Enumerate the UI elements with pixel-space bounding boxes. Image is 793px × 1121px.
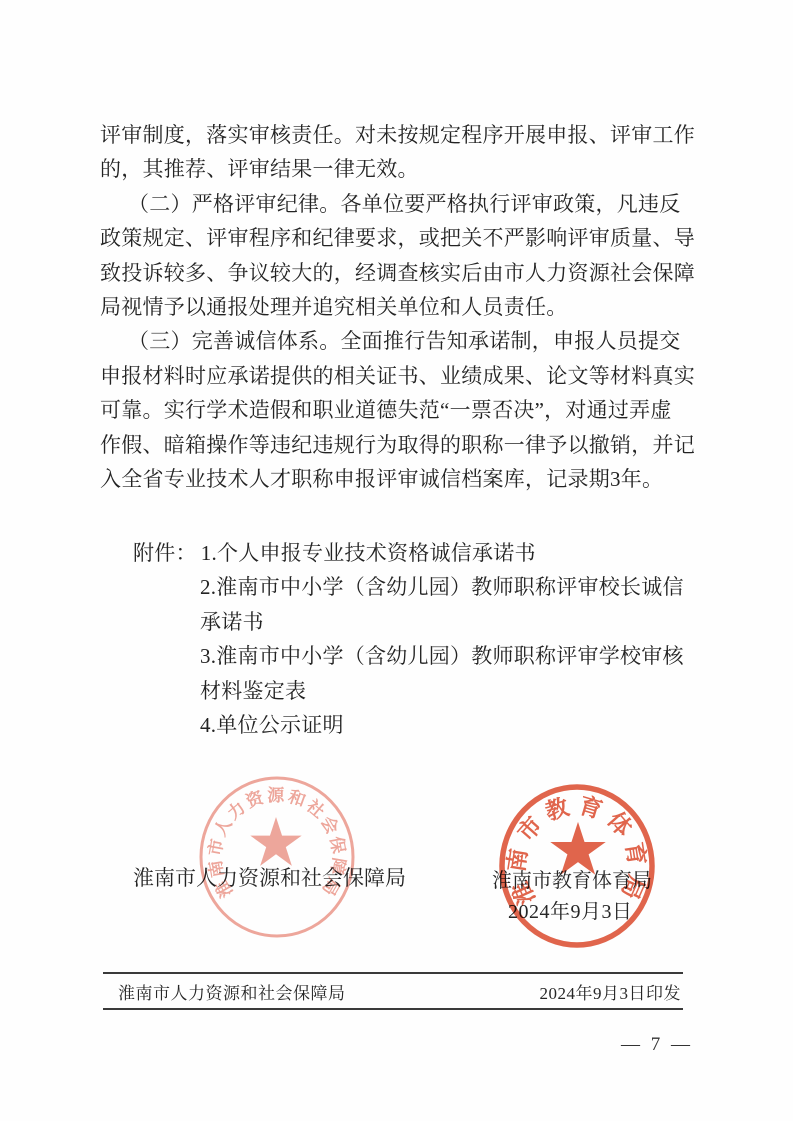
attachment-row: 附件：1.个人申报专业技术资格诚信承诺书 [0, 536, 700, 570]
body-line: 政策规定、评审程序和纪律要求，或把关不严影响评审质量、导 [100, 221, 700, 255]
body-line: 致投诉较多、争议较大的，经调查核实后由市人力资源社会保障 [100, 256, 700, 290]
attachment-row: 材料鉴定表 [0, 674, 700, 708]
attachment-row: 4.单位公示证明 [0, 708, 700, 742]
body-line: 入全省专业技术人才职称申报评审诚信档案库，记录期3年。 [100, 462, 700, 496]
attachment-row: 承诺书 [0, 605, 700, 639]
attachments-section: 附件：1.个人申报专业技术资格诚信承诺书 2.淮南市中小学（含幼儿园）教师职称评… [0, 536, 700, 742]
footer-issuer: 淮南市人力资源和社会保障局 [103, 979, 346, 1004]
attachments-label: 附件： [133, 541, 197, 565]
body-line: 作假、暗箱操作等违纪违规行为取得的职称一律予以撤销，并记 [100, 428, 700, 462]
body-line: 的，其推荐、评审结果一律无效。 [100, 152, 700, 186]
hrss-bureau-seal: 淮南市人力资源和社会保障局 [191, 771, 363, 943]
body-line: 局视情予以通报处理并追究相关单位和人员责任。 [100, 290, 700, 324]
body-line: 可靠。实行学术造假和职业道德失范“一票否决”，对通过弄虚 [100, 393, 700, 427]
page-number: — 7 — [621, 1034, 693, 1056]
signature-date: 2024年9月3日 [508, 895, 633, 924]
body-line: （三）完善诚信体系。全面推行告知承诺制，申报人员提交 [100, 324, 700, 358]
attachment-item: 1.个人申报专业技术资格诚信承诺书 [201, 541, 536, 565]
attachment-row: 2.淮南市中小学（含幼儿园）教师职称评审校长诚信 [0, 570, 700, 604]
attachment-row: 3.淮南市中小学（含幼儿园）教师职称评审学校审核 [0, 639, 700, 673]
footer-imprint: 淮南市人力资源和社会保障局 2024年9月3日印发 [103, 974, 683, 1008]
footer-rule-bottom [103, 1008, 683, 1010]
body-line: 评审制度，落实审核责任。对未按规定程序开展申报、评审工作 [100, 118, 700, 152]
body-line: 申报材料时应承诺提供的相关证书、业绩成果、论文等材料真实 [100, 359, 700, 393]
signature-org-hrss: 淮南市人力资源和社会保障局 [133, 862, 406, 892]
body-line: （二）严格评审纪律。各单位要严格执行评审政策，凡违反 [100, 187, 700, 221]
signature-org-education: 淮南市教育体育局 [492, 864, 652, 893]
seal-ring [201, 778, 353, 936]
seal-star-icon [250, 817, 301, 866]
document-body: 评审制度，落实审核责任。对未按规定程序开展申报、评审工作 的，其推荐、评审结果一… [100, 118, 700, 496]
footer-print-date: 2024年9月3日印发 [540, 979, 684, 1004]
document-page: 评审制度，落实审核责任。对未按规定程序开展申报、评审工作 的，其推荐、评审结果一… [0, 0, 793, 1121]
